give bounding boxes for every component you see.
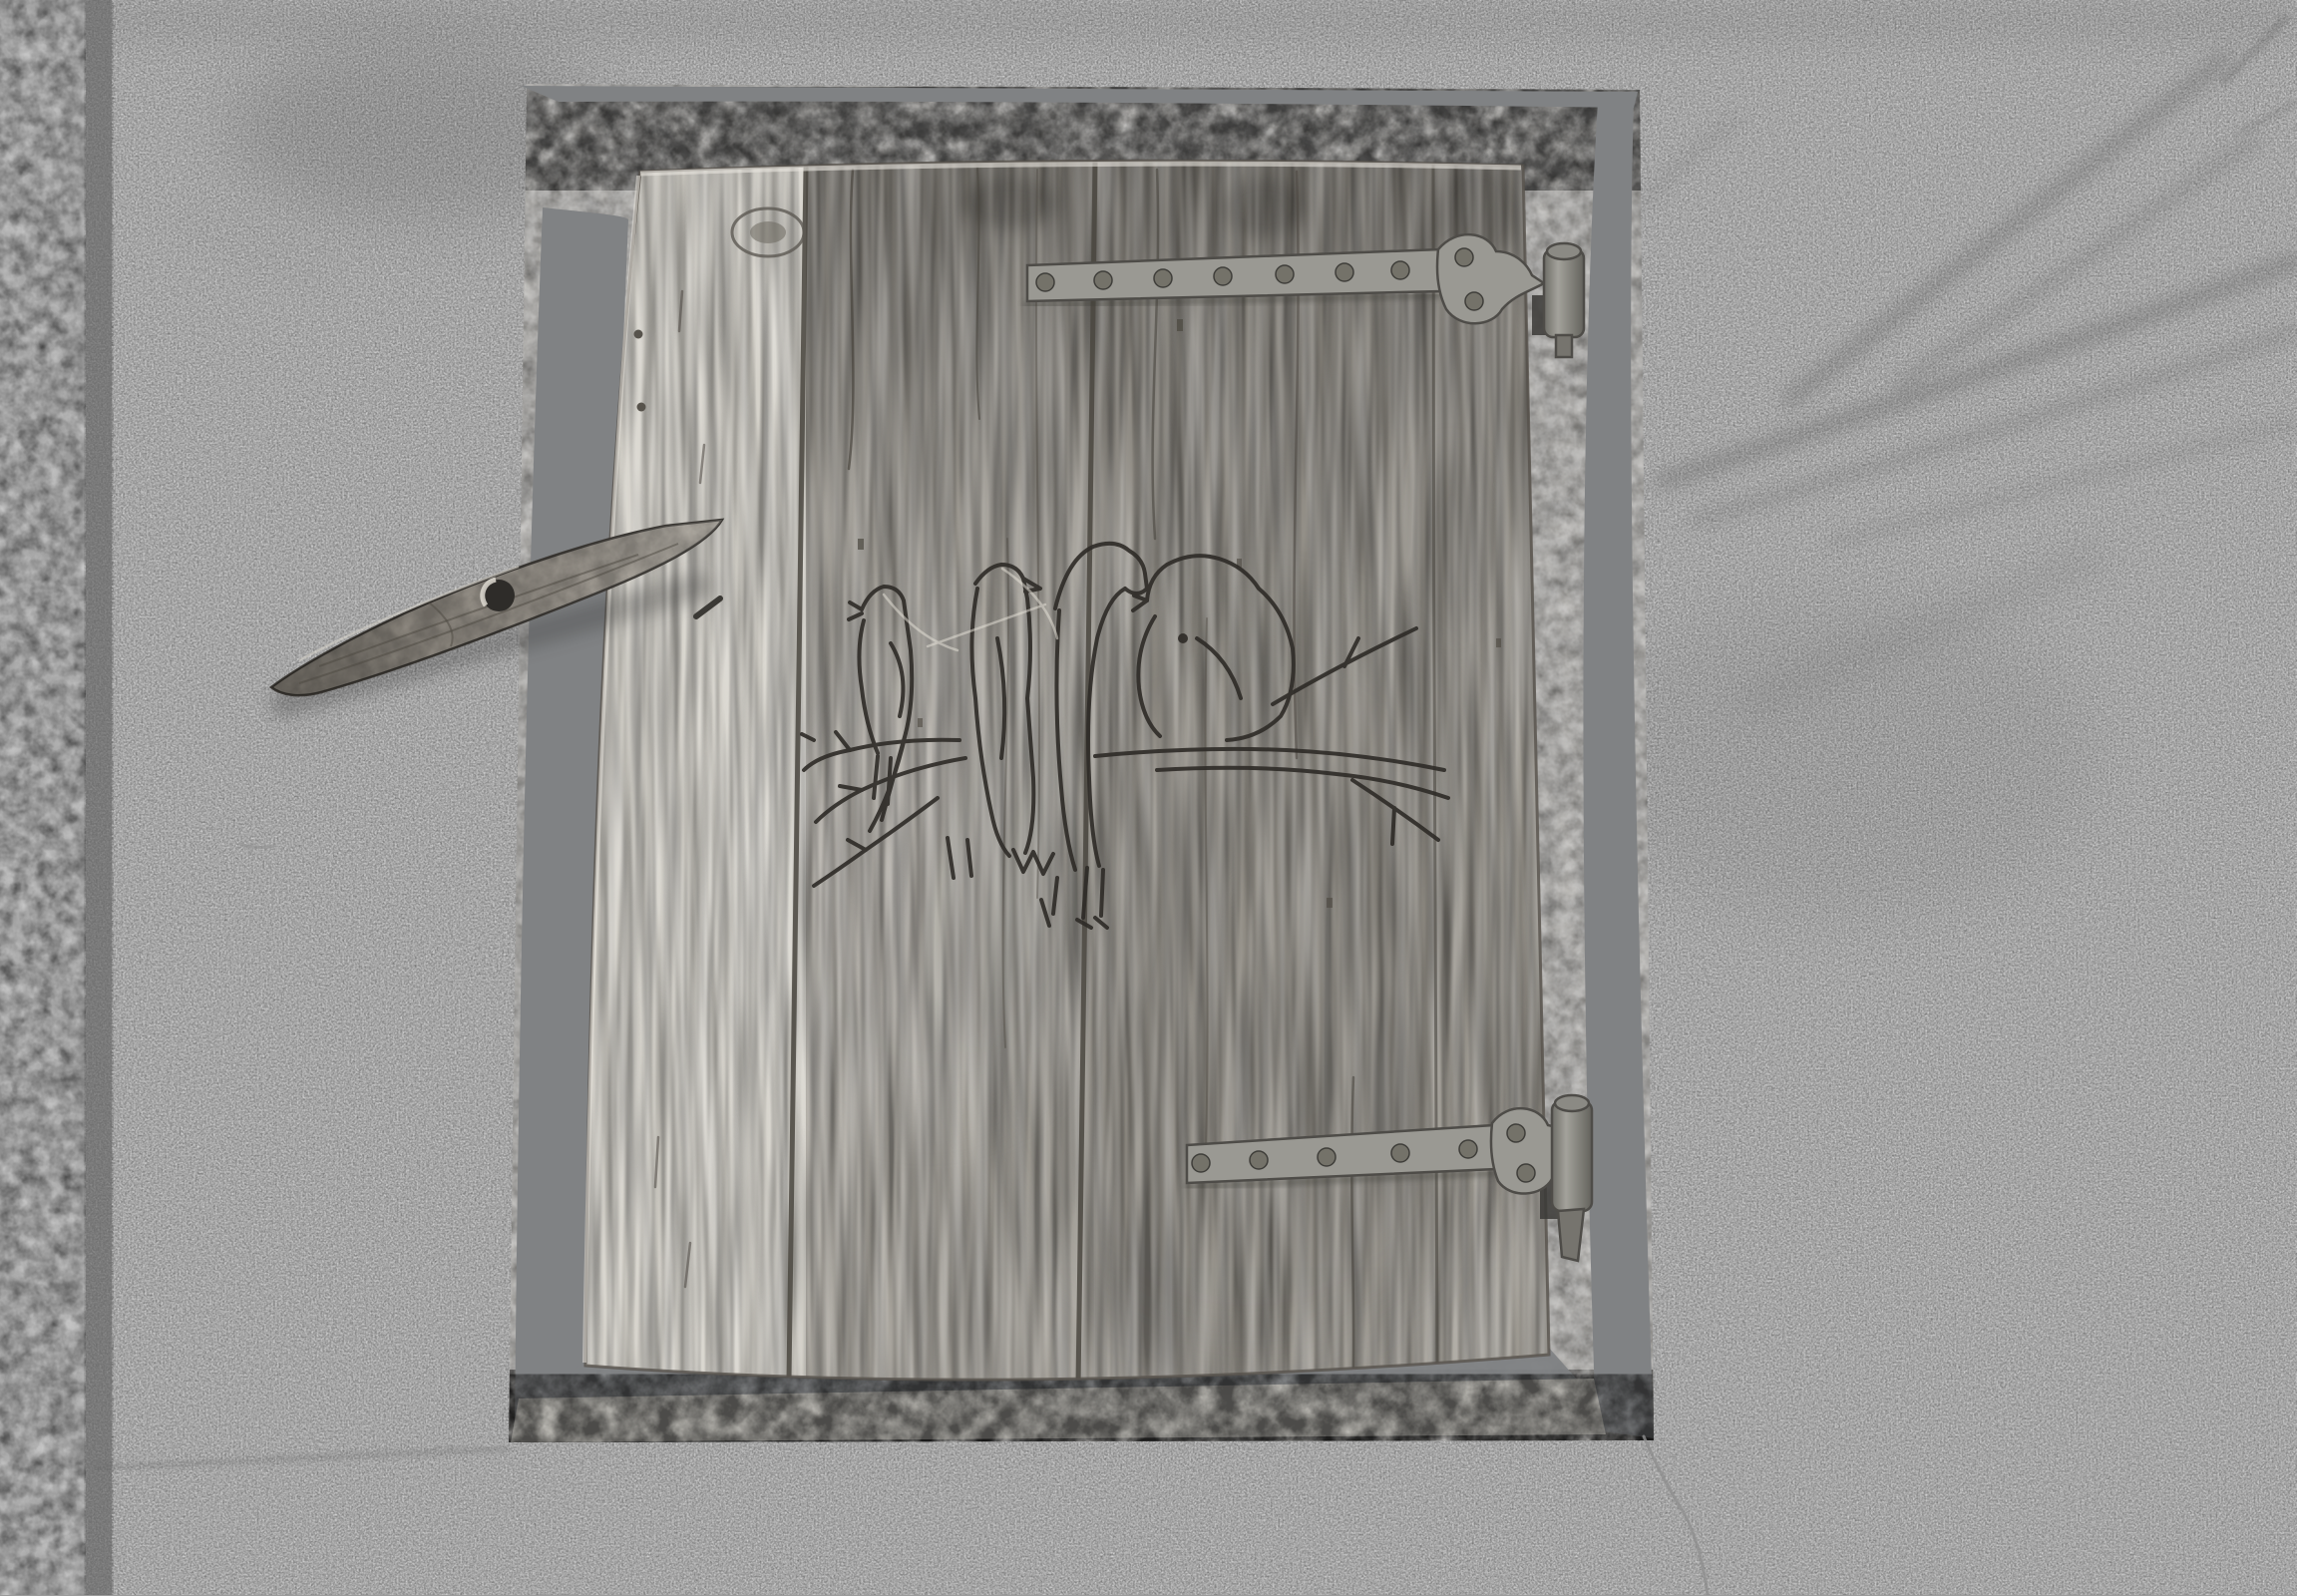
rivet	[1336, 263, 1353, 281]
rivet	[1455, 248, 1473, 266]
nail-head	[634, 330, 643, 339]
rivet	[1276, 265, 1294, 283]
nail-head	[637, 403, 646, 412]
rivet	[1192, 1154, 1210, 1172]
right-wall-soft-shade	[1576, 598, 2095, 918]
rivet	[1154, 269, 1172, 287]
rivet	[1214, 267, 1232, 285]
rivet	[1036, 273, 1054, 291]
rivet	[1459, 1140, 1477, 1158]
nail-hole	[858, 539, 864, 550]
pintle-foot	[1556, 335, 1572, 357]
wood-knot-core	[750, 221, 786, 243]
mortar-texture	[86, 0, 112, 1595]
hinge-barrel	[1552, 1101, 1592, 1211]
pintle-cap	[1555, 1095, 1589, 1111]
pintle-foot	[1558, 1209, 1584, 1261]
rivet	[1391, 261, 1409, 279]
rivet	[1465, 292, 1483, 310]
photo-stage	[0, 0, 2297, 1595]
nail-hole	[1327, 898, 1333, 908]
bird4-eye	[1178, 633, 1188, 643]
pillar-highlights	[0, 0, 92, 1595]
rivet	[1094, 271, 1112, 289]
nail-hole	[1496, 638, 1501, 647]
rivet	[1507, 1124, 1525, 1142]
rivet	[1517, 1164, 1535, 1182]
rivet	[1391, 1144, 1409, 1162]
pintle-cap	[1547, 243, 1581, 259]
rivet	[1250, 1151, 1268, 1169]
sill-flecks	[511, 1381, 1608, 1444]
top-edge-shade	[0, 0, 2297, 40]
wooden-shutter	[539, 140, 1586, 1416]
nail-hole	[918, 718, 923, 727]
nail-hole	[1177, 319, 1183, 331]
hinge-barrel	[1544, 249, 1584, 337]
stone-pillar	[0, 0, 112, 1595]
sill-fleck-texture	[511, 1381, 1608, 1444]
shutter-photograph	[0, 0, 2297, 1595]
rivet	[1318, 1148, 1336, 1166]
